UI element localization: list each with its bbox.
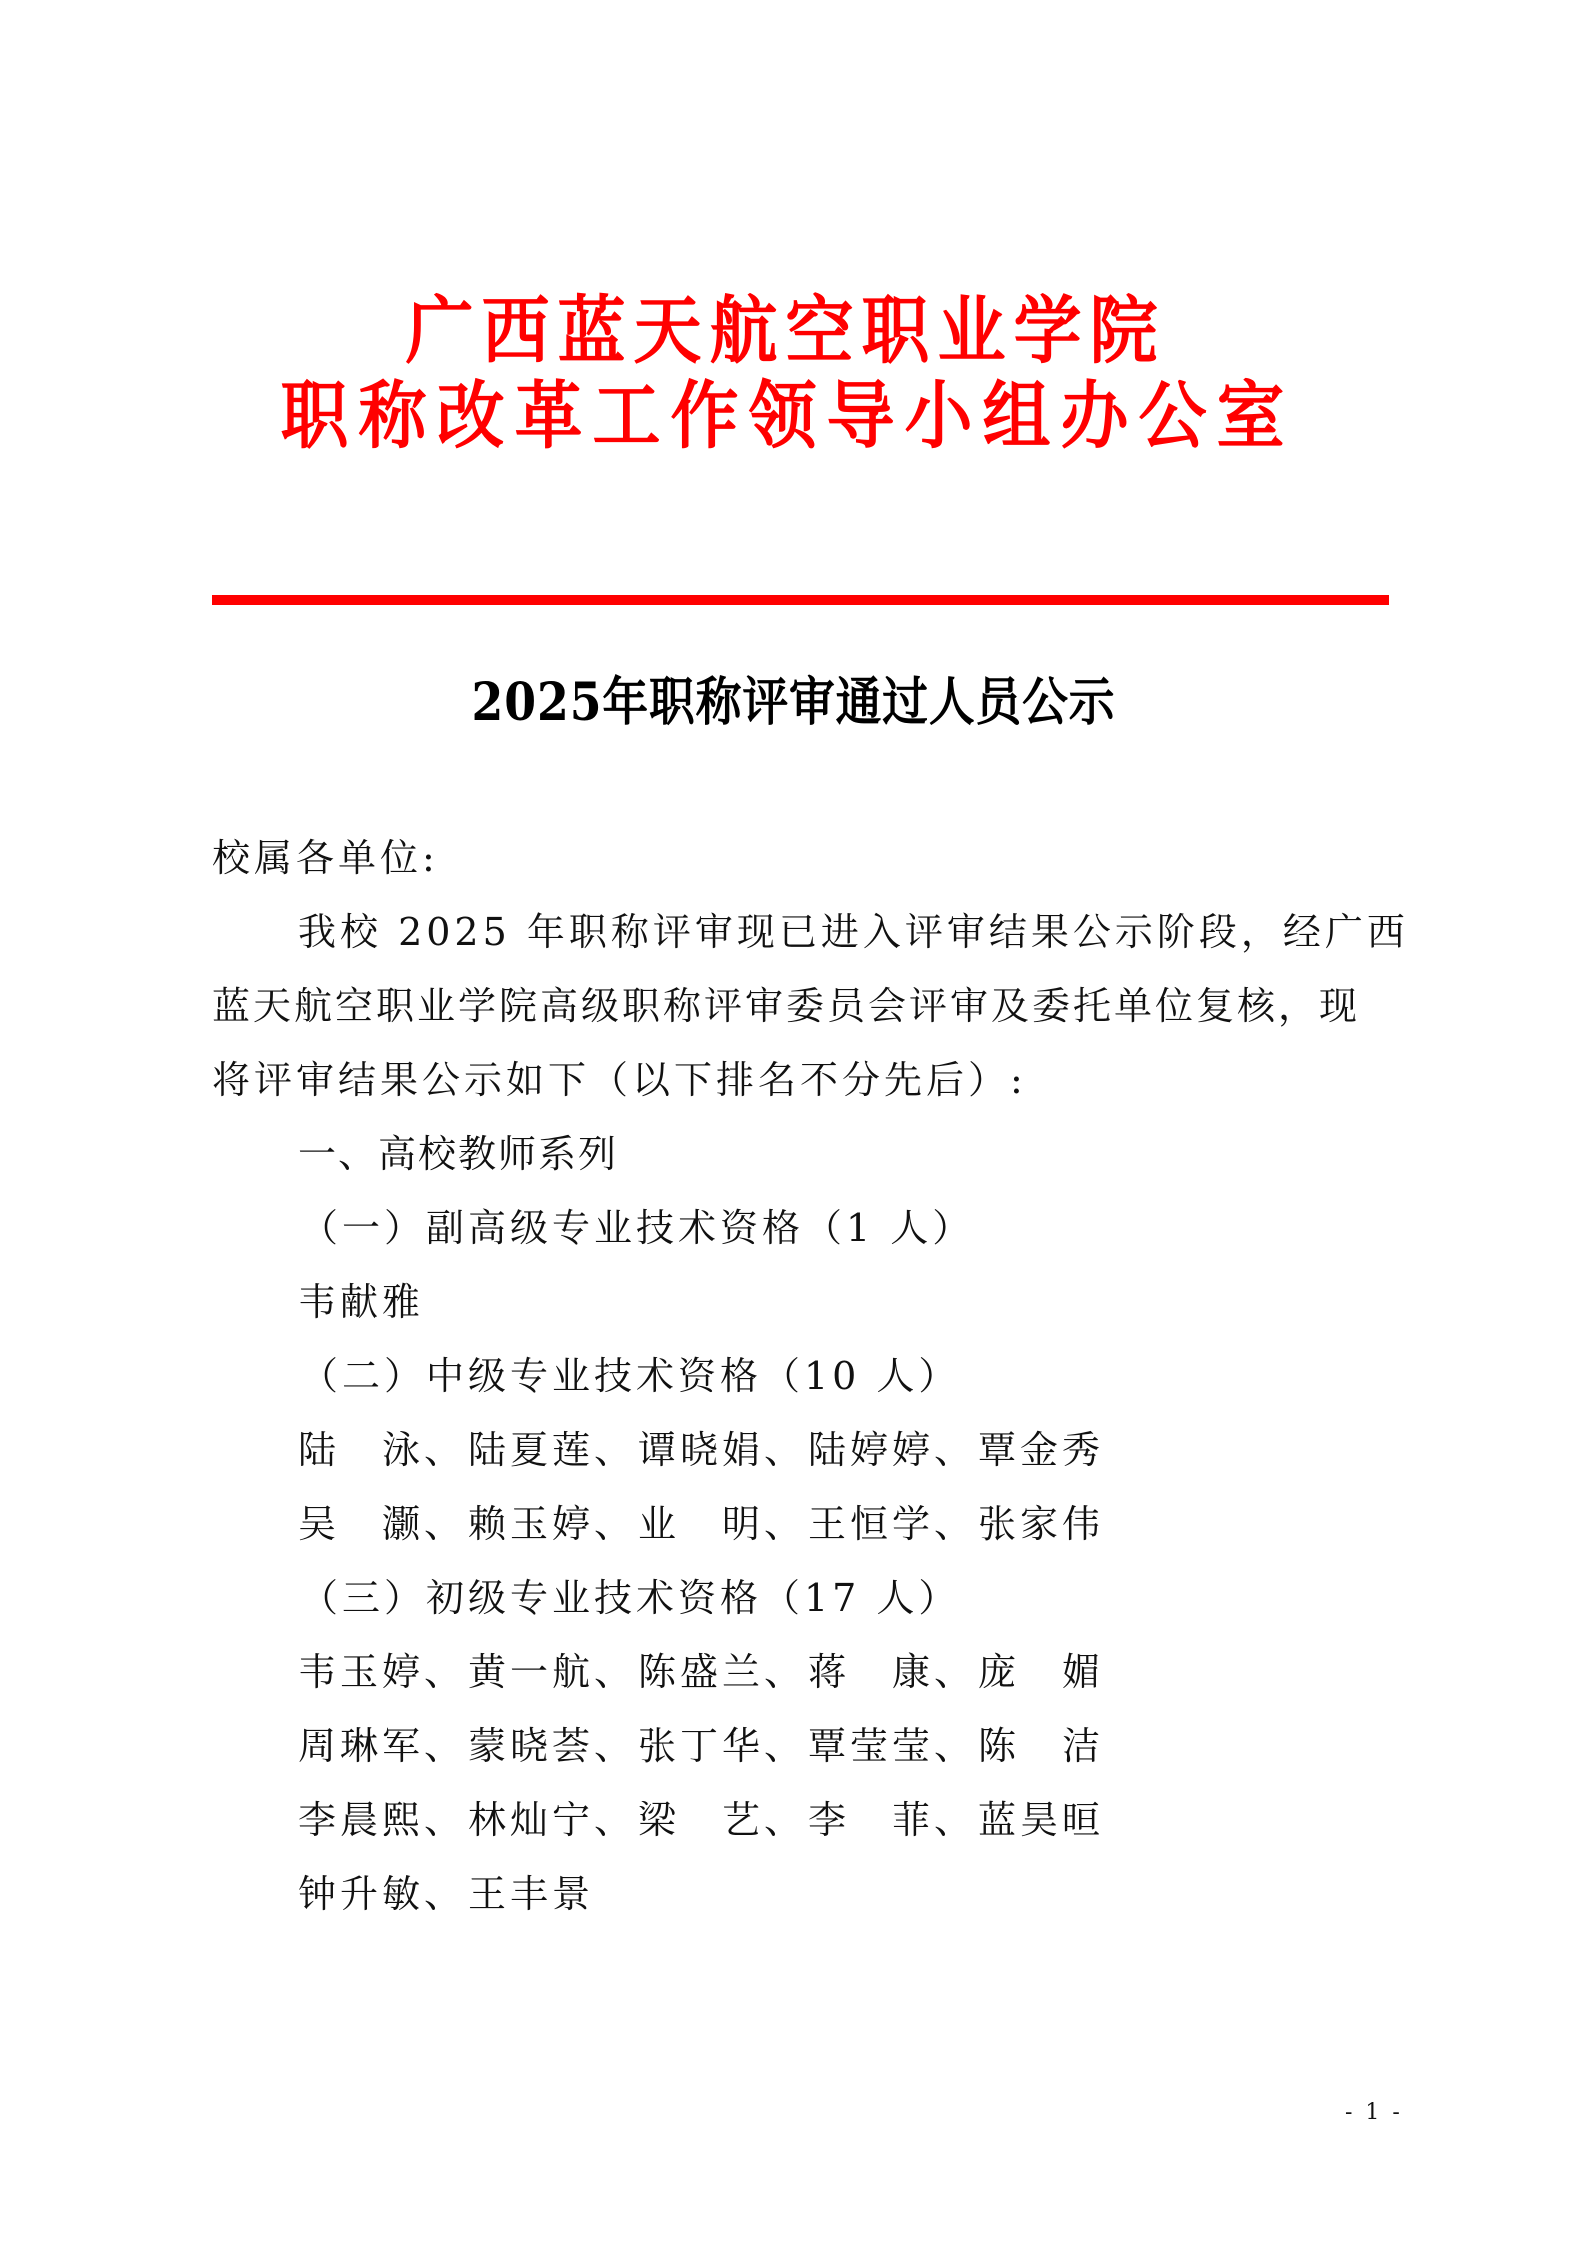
person-name: 周琳军、	[298, 1720, 468, 1772]
person-name: 庞 媚	[978, 1646, 1148, 1698]
person-name: 吴 灏、	[298, 1498, 468, 1550]
salutation: 校属各单位:	[212, 832, 439, 884]
category-heading-associate-senior: （一）副高级专业技术资格（1 人）	[300, 1202, 974, 1254]
person-name: 覃金秀	[978, 1424, 1148, 1476]
person-name: 李晨熙、	[298, 1794, 468, 1846]
document-title: 2025年职称评审通过人员公示	[95, 668, 1492, 738]
series-heading-teachers: 一、高校教师系列	[298, 1128, 618, 1180]
person-name: 梁 艺、	[638, 1794, 808, 1846]
person-name: 韦献雅	[298, 1276, 468, 1328]
person-name: 林灿宁、	[468, 1794, 638, 1846]
person-name: 陈 洁	[978, 1720, 1148, 1772]
document-page: 广西蓝天航空职业学院 职称改革工作领导小组办公室 2025年职称评审通过人员公示…	[0, 0, 1587, 2245]
category-heading-junior: （三）初级专业技术资格（17 人）	[300, 1572, 960, 1624]
person-name: 王丰景	[468, 1868, 638, 1920]
names-row: 陆 泳、 陆夏莲、 谭晓娟、 陆婷婷、 覃金秀	[298, 1424, 1148, 1476]
person-name: 韦玉婷、	[298, 1646, 468, 1698]
names-row: 吴 灏、 赖玉婷、 业 明、 王恒学、 张家伟	[298, 1498, 1148, 1550]
person-name: 蒋 康、	[808, 1646, 978, 1698]
person-name: 钟升敏、	[298, 1868, 468, 1920]
person-name: 赖玉婷、	[468, 1498, 638, 1550]
red-divider-rule	[212, 595, 1389, 605]
person-name: 李 菲、	[808, 1794, 978, 1846]
intro-line-1: 我校 2025 年职称评审现已进入评审结果公示阶段，经广西	[298, 906, 1409, 958]
person-name: 张丁华、	[638, 1720, 808, 1772]
person-name: 谭晓娟、	[638, 1424, 808, 1476]
names-row: 韦献雅	[298, 1276, 468, 1328]
names-row: 李晨熙、 林灿宁、 梁 艺、 李 菲、 蓝昊晅	[298, 1794, 1148, 1846]
person-name: 张家伟	[978, 1498, 1148, 1550]
person-name: 黄一航、	[468, 1646, 638, 1698]
person-name: 覃莹莹、	[808, 1720, 978, 1772]
person-name: 陆婷婷、	[808, 1424, 978, 1476]
person-name: 王恒学、	[808, 1498, 978, 1550]
page-number: - 1 -	[1345, 2100, 1403, 2125]
names-row: 钟升敏、 王丰景	[298, 1868, 638, 1920]
category-heading-intermediate: （二）中级专业技术资格（10 人）	[300, 1350, 960, 1402]
person-name: 陆夏莲、	[468, 1424, 638, 1476]
names-row: 周琳军、 蒙晓荟、 张丁华、 覃莹莹、 陈 洁	[298, 1720, 1148, 1772]
letterhead-line-1: 广西蓝天航空职业学院	[0, 289, 1579, 375]
intro-line-3: 将评审结果公示如下（以下排名不分先后）:	[212, 1054, 1027, 1106]
person-name: 业 明、	[638, 1498, 808, 1550]
person-name: 蓝昊晅	[978, 1794, 1148, 1846]
letterhead-line-2: 职称改革工作领导小组办公室	[0, 374, 1581, 460]
person-name: 陈盛兰、	[638, 1646, 808, 1698]
person-name: 蒙晓荟、	[468, 1720, 638, 1772]
person-name: 陆 泳、	[298, 1424, 468, 1476]
intro-line-2: 蓝天航空职业学院高级职称评审委员会评审及委托单位复核，现	[212, 980, 1360, 1032]
names-row: 韦玉婷、 黄一航、 陈盛兰、 蒋 康、 庞 媚	[298, 1646, 1148, 1698]
